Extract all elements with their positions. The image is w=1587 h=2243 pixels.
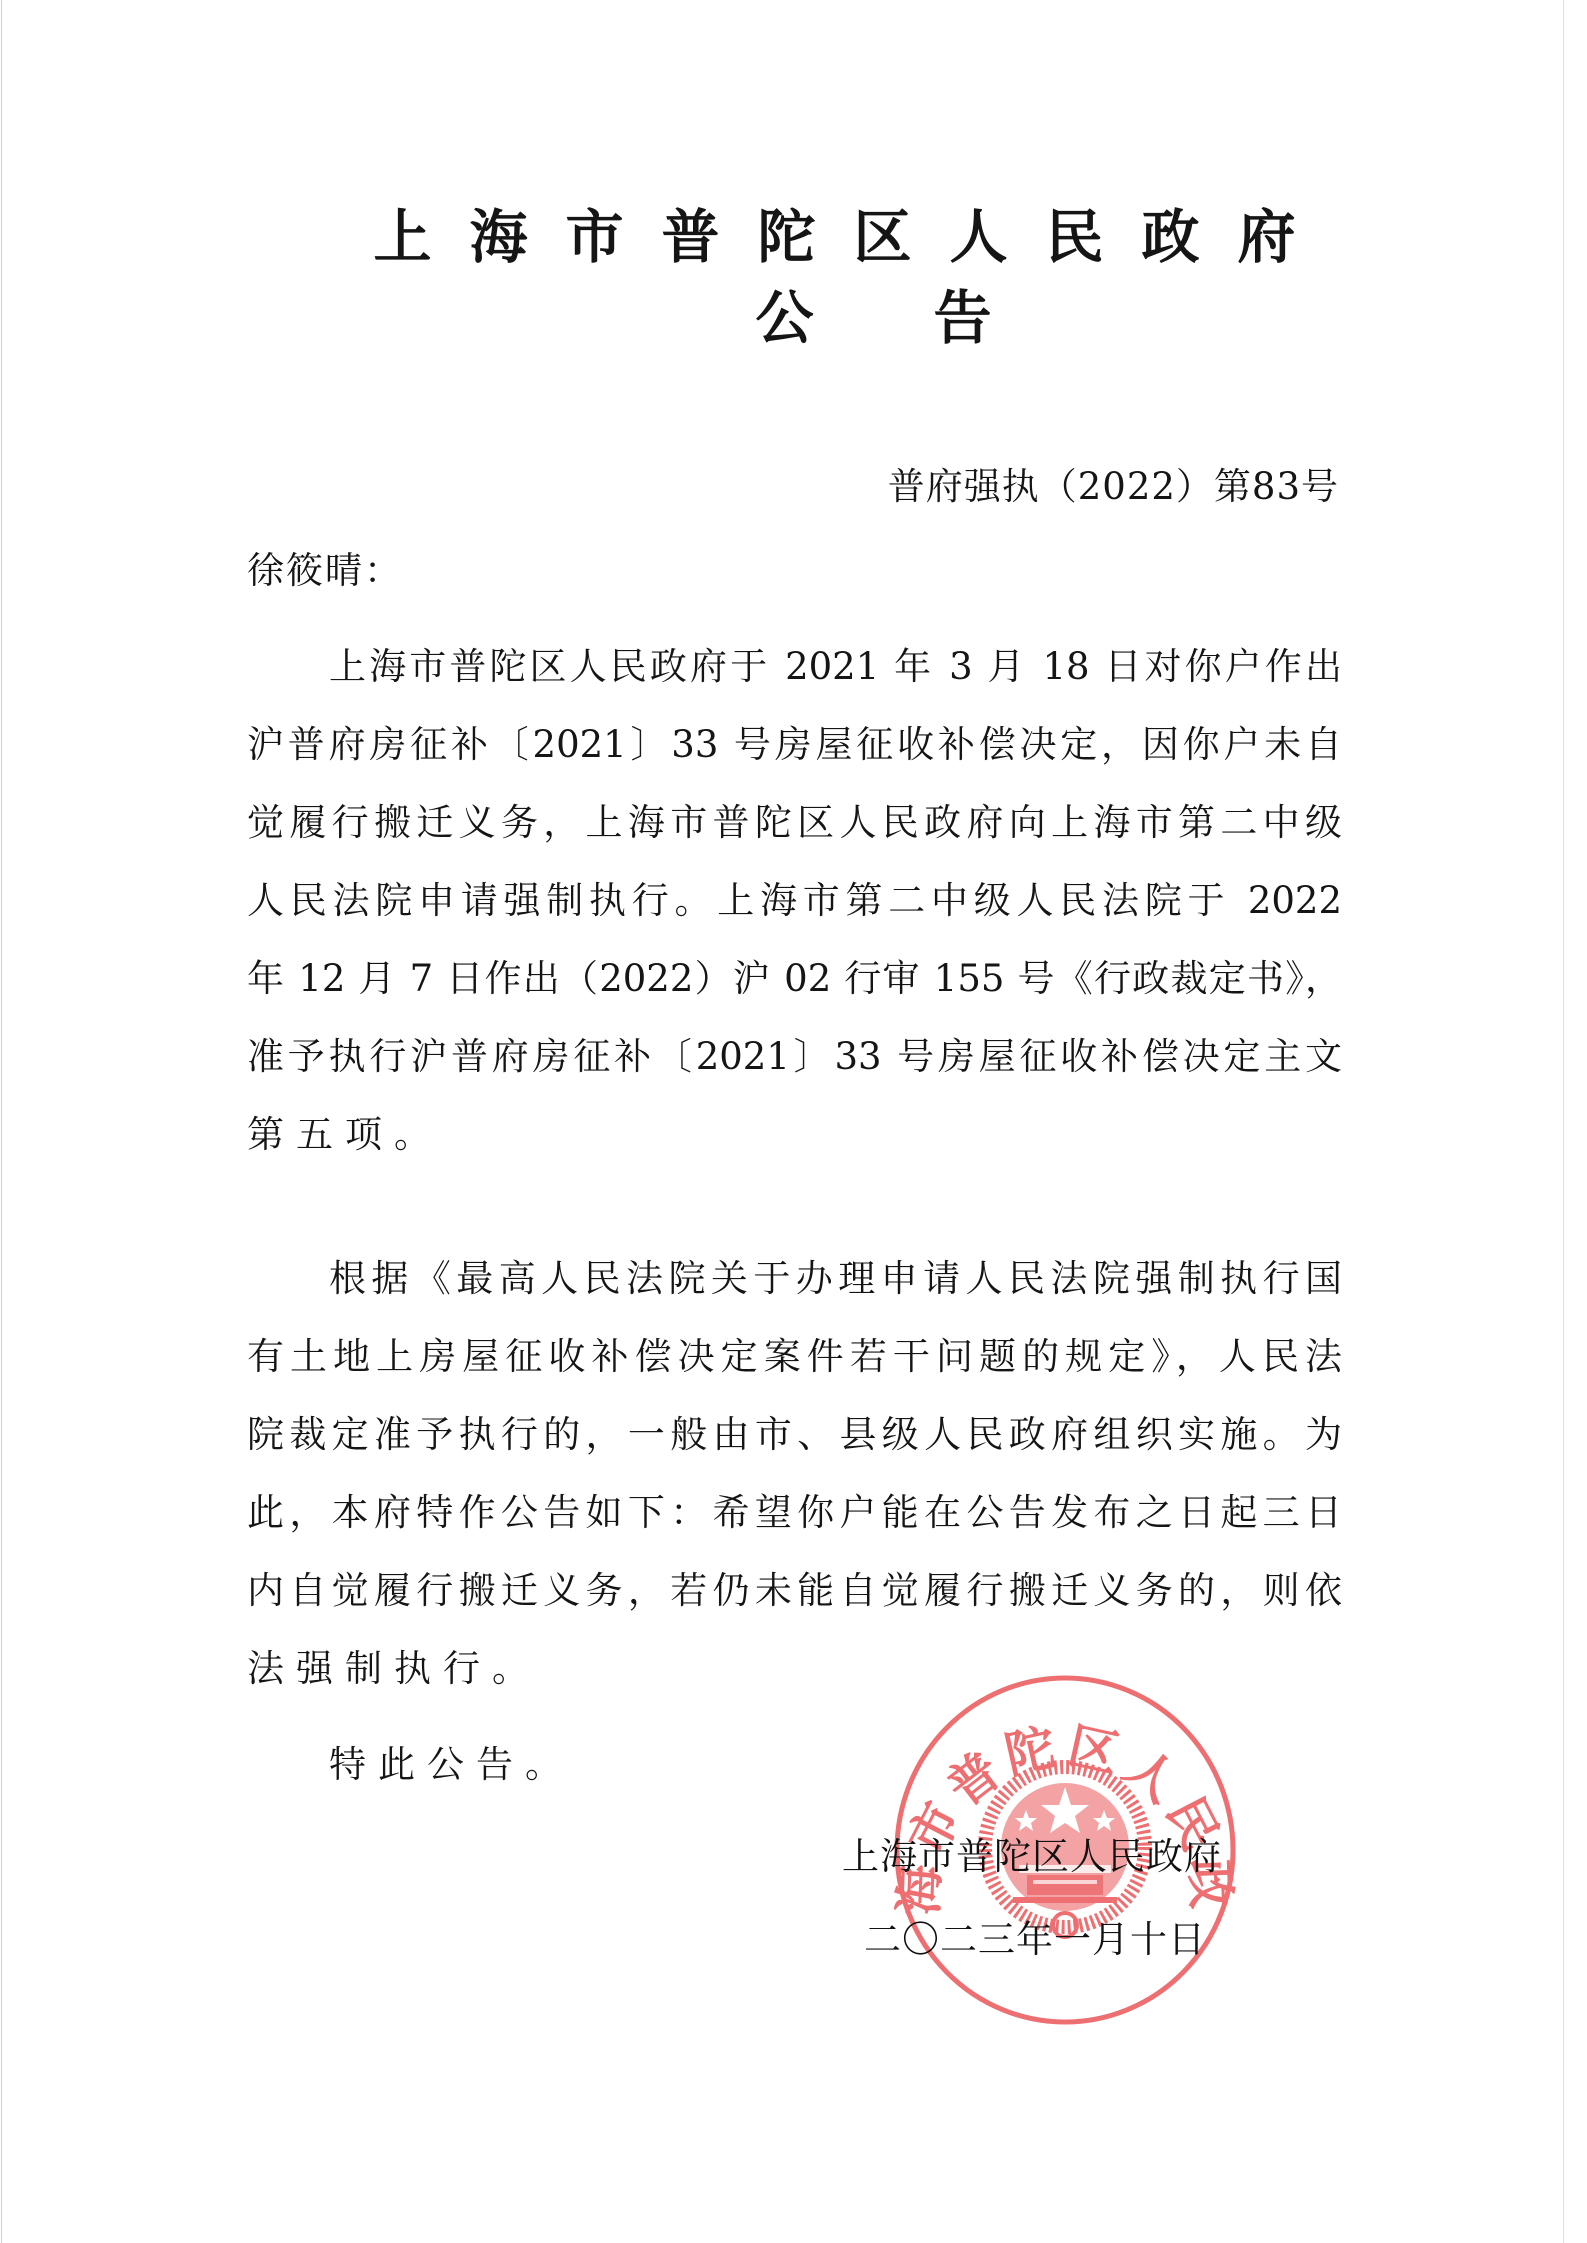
document-number: 普府强执（2022）第83号 xyxy=(888,462,1339,512)
body-line: 内自觉履行搬迁义务，若仍未能自觉履行搬迁义务的，则依 xyxy=(247,1552,1342,1630)
body-line: 有土地上房屋征收补偿决定案件若干问题的规定》，人民法 xyxy=(247,1318,1342,1396)
body-line: 院裁定准予执行的，一般由市、县级人民政府组织实施。为 xyxy=(247,1396,1342,1474)
body-line: 准予执行沪普府房征补〔2021〕33 号房屋征收补偿决定主文 xyxy=(247,1018,1342,1096)
signature-date: 二〇二三年一月十日 xyxy=(864,1915,1206,1965)
closing-statement: 特此公告。 xyxy=(329,1740,574,1790)
body-line: 第五项。 xyxy=(247,1096,1342,1174)
document-page: 上海市普陀区人民政府 公告 普府强执（2022）第83号 徐筱晴： 上海市普陀区… xyxy=(0,0,1587,2243)
body-line: 人民法院申请强制执行。上海市第二中级人民法院于 2022 xyxy=(247,862,1342,940)
paragraph-1: 上海市普陀区人民政府于 2021 年 3 月 18 日对你户作出 沪普府房征补〔… xyxy=(247,628,1342,1174)
document-kind-title: 公告 xyxy=(0,283,1587,353)
body-line: 根据《最高人民法院关于办理申请人民法院强制执行国 xyxy=(247,1240,1342,1318)
body-line: 年 12 月 7 日作出（2022）沪 02 行审 155 号《行政裁定书》， xyxy=(247,940,1342,1018)
issuer-title: 上海市普陀区人民政府 xyxy=(0,202,1587,272)
body-line: 上海市普陀区人民政府于 2021 年 3 月 18 日对你户作出 xyxy=(247,628,1342,706)
paragraph-2: 根据《最高人民法院关于办理申请人民法院强制执行国 有土地上房屋征收补偿决定案件若… xyxy=(247,1240,1342,1708)
body-line: 此，本府特作公告如下：希望你户能在公告发布之日起三日 xyxy=(247,1474,1342,1552)
addressee: 徐筱晴： xyxy=(247,546,403,596)
body-line: 沪普府房征补〔2021〕33 号房屋征收补偿决定，因你户未自 xyxy=(247,706,1342,784)
body-line: 觉履行搬迁义务，上海市普陀区人民政府向上海市第二中级 xyxy=(247,784,1342,862)
signature-organization: 上海市普陀区人民政府 xyxy=(842,1832,1222,1882)
